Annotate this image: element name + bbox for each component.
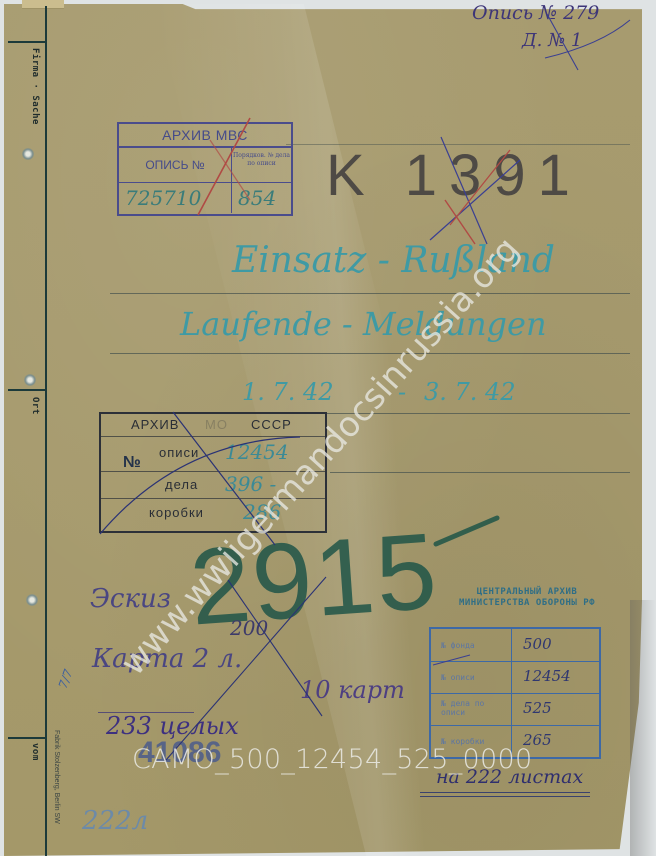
date-from: 1. 7. 42 [242,378,334,406]
spine-label-firma: Firma · Sache [30,48,40,125]
stamp-label-inventory: описи [159,445,199,460]
case-note: Д. № 1 [522,30,582,51]
watermark-file-id: CAMO_500_12454_525_0000 [132,744,532,775]
stamp-title-left: АРХИВ [131,417,179,432]
stamp-title-line-1: ЦЕНТРАЛЬНЫЙ АРХИВ [432,587,622,598]
stamp-archive-mvs: АРХИВ МВС ОПИСЬ № Порядков. № дела по оп… [117,122,293,216]
stamp-label-case: № дела по описи [441,699,503,717]
spine-label-ort: Ort [30,397,40,415]
stamp-label-box: коробки [149,505,204,520]
ruled-line [110,353,630,354]
ruled-line [110,293,630,294]
pencil-code: K 1391 [326,142,582,209]
stamp-label-fond: № фонда [441,641,475,650]
stamp-title-mid: МО [205,417,228,432]
sheets-underline [420,796,590,797]
binder-hole [22,148,34,160]
spine-rule-mid [8,389,46,391]
stamp-label-inventory: ОПИСЬ № [119,148,232,182]
stamp-title-line-2: МИНИСТЕРСТВА ОБОРОНЫ РФ [432,598,622,609]
ruled-line [330,472,630,473]
stamp-label-case: дела [165,477,198,492]
struck-number: 200 [230,616,268,640]
stamp-value-inventory: 12454 [523,667,571,685]
stamp-value-fond: 500 [523,635,552,653]
stamp-label-case: Порядков. № дела по описи [232,148,291,182]
stamp-case-value: 854 [232,186,276,210]
tape-strip [22,0,64,9]
stamp-inventory-value: 12454 [225,440,289,464]
stamp-inventory-value: 725710 [119,186,201,210]
stamp-tsamo: № фонда 500 № описи 12454 № дела по опис… [429,627,601,759]
spine-divider [45,6,47,856]
stamp-value-case: 525 [523,699,552,717]
binder-hole [26,594,38,606]
spine-rule-bottom [8,737,46,739]
binder-hole [24,374,36,386]
printer-imprint: Fabrik Stolzenberg, Berlin SW [53,730,60,824]
stamp-label-inventory: № описи [441,673,475,682]
date-to: 3. 7. 42 [424,378,516,406]
note-maps-count: 10 карт [300,676,405,704]
stamp-title-right: СССР [251,417,292,432]
inventory-note: Опись № 279 [472,2,599,24]
paper-shadow [630,600,656,856]
spine-rule-top [8,41,46,43]
stamp-title: АРХИВ МВС [119,124,291,148]
stamp-no-mark: № [123,454,141,472]
title-line-2: Laufende - Meldungen [180,305,547,343]
sheet-count-pencil: 222л [82,806,148,836]
sheets-underline [420,792,590,793]
stamp-tsamo-title: ЦЕНТРАЛЬНЫЙ АРХИВ МИНИСТЕРСТВА ОБОРОНЫ Р… [432,587,622,609]
spine-label-vom: vom [30,743,40,761]
